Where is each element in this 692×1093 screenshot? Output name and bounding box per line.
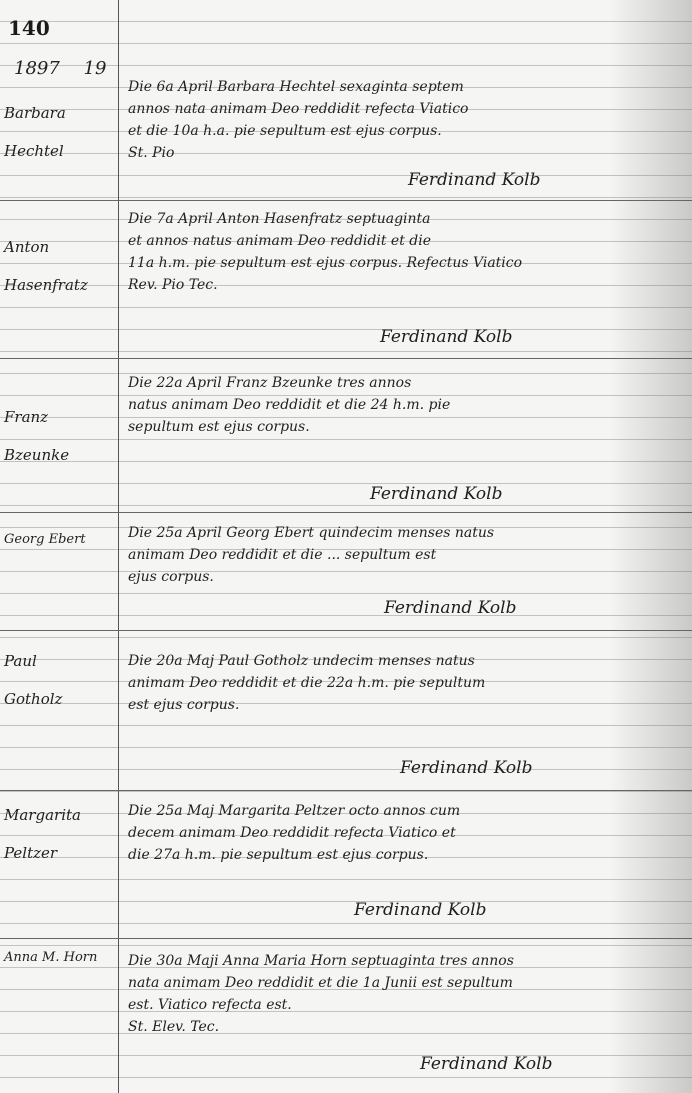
record-line: annos nata animam Deo reddidit refecta V… (128, 98, 668, 120)
year-note: 19 (84, 58, 107, 79)
record-line: sepultum est ejus corpus. (128, 416, 668, 438)
surname: Peltzer (4, 834, 116, 872)
register-year: 1897 19 (14, 58, 106, 79)
entry-divider (0, 630, 692, 631)
entry-record: Die 22a April Franz Bzeunke tres annos n… (128, 372, 668, 438)
entry-name: Barbara Hechtel (4, 94, 116, 170)
signature: Ferdinand Kolb (380, 327, 513, 347)
entry-name: Franz Bzeunke (4, 398, 116, 474)
given-name: Margarita (4, 796, 116, 834)
given-name: Anton (4, 228, 116, 266)
record-line: Die 25a April Georg Ebert quindecim mens… (128, 522, 668, 544)
entry-record: Die 25a Maj Margarita Peltzer octo annos… (128, 800, 668, 866)
year-value: 1897 (14, 58, 60, 79)
register-page: 140 1897 19 Barbara Hechtel Die 6a April… (0, 0, 692, 1093)
surname: Horn (64, 950, 98, 965)
given-name: Barbara (4, 94, 116, 132)
signature: Ferdinand Kolb (420, 1054, 553, 1074)
record-line: St. Elev. Tec. (128, 1016, 668, 1038)
record-line: Die 22a April Franz Bzeunke tres annos (128, 372, 668, 394)
surname: Hasenfratz (4, 266, 116, 304)
surname: Bzeunke (4, 436, 116, 474)
surname: Hechtel (4, 132, 116, 170)
entry-divider (0, 790, 692, 791)
signature: Ferdinand Kolb (384, 598, 517, 618)
record-line: Die 20a Maj Paul Gotholz undecim menses … (128, 650, 668, 672)
record-line: Die 7a April Anton Hasenfratz septuagint… (128, 208, 668, 230)
surname: Gotholz (4, 680, 116, 718)
entry-name: Margarita Peltzer (4, 796, 116, 872)
record-line: et annos natus animam Deo reddidit et di… (128, 230, 668, 252)
signature: Ferdinand Kolb (408, 170, 541, 190)
record-line: et die 10a h.a. pie sepultum est ejus co… (128, 120, 668, 142)
record-line: decem animam Deo reddidit refecta Viatic… (128, 822, 668, 844)
record-line: Die 25a Maj Margarita Peltzer octo annos… (128, 800, 668, 822)
signature: Ferdinand Kolb (400, 758, 533, 778)
entry-divider (0, 512, 692, 513)
record-line: est ejus corpus. (128, 694, 668, 716)
entry-name: Anton Hasenfratz (4, 228, 116, 304)
given-name: Georg (4, 532, 44, 547)
record-line: animam Deo reddidit et die 22a h.m. pie … (128, 672, 668, 694)
margin-rule (118, 0, 119, 1093)
entry-name: Georg Ebert (4, 530, 116, 550)
entry-divider (0, 938, 692, 939)
entry-record: Die 30a Maji Anna Maria Horn septuaginta… (128, 950, 668, 1038)
entry-divider (0, 358, 692, 359)
entry-record: Die 7a April Anton Hasenfratz septuagint… (128, 208, 668, 296)
given-name: Anna M. (4, 950, 59, 965)
entry-name: Anna M. Horn (4, 948, 116, 968)
record-line: Die 6a April Barbara Hechtel sexaginta s… (128, 76, 668, 98)
signature: Ferdinand Kolb (354, 900, 487, 920)
record-line: est. Viatico refecta est. (128, 994, 668, 1016)
surname: Ebert (49, 532, 86, 547)
record-line: Die 30a Maji Anna Maria Horn septuaginta… (128, 950, 668, 972)
given-name: Paul (4, 642, 116, 680)
entry-divider (0, 200, 692, 201)
entry-record: Die 20a Maj Paul Gotholz undecim menses … (128, 650, 668, 716)
entry-name: Paul Gotholz (4, 642, 116, 718)
record-line: nata animam Deo reddidit et die 1a Junii… (128, 972, 668, 994)
record-line: natus animam Deo reddidit et die 24 h.m.… (128, 394, 668, 416)
entry-record: Die 6a April Barbara Hechtel sexaginta s… (128, 76, 668, 164)
signature: Ferdinand Kolb (370, 484, 503, 504)
given-name: Franz (4, 398, 116, 436)
entry-record: Die 25a April Georg Ebert quindecim mens… (128, 522, 668, 588)
record-line: die 27a h.m. pie sepultum est ejus corpu… (128, 844, 668, 866)
record-line: St. Pio (128, 142, 668, 164)
record-line: Rev. Pio Tec. (128, 274, 668, 296)
page-number: 140 (8, 16, 50, 40)
record-line: 11a h.m. pie sepultum est ejus corpus. R… (128, 252, 668, 274)
record-line: animam Deo reddidit et die ... sepultum … (128, 544, 668, 566)
record-line: ejus corpus. (128, 566, 668, 588)
